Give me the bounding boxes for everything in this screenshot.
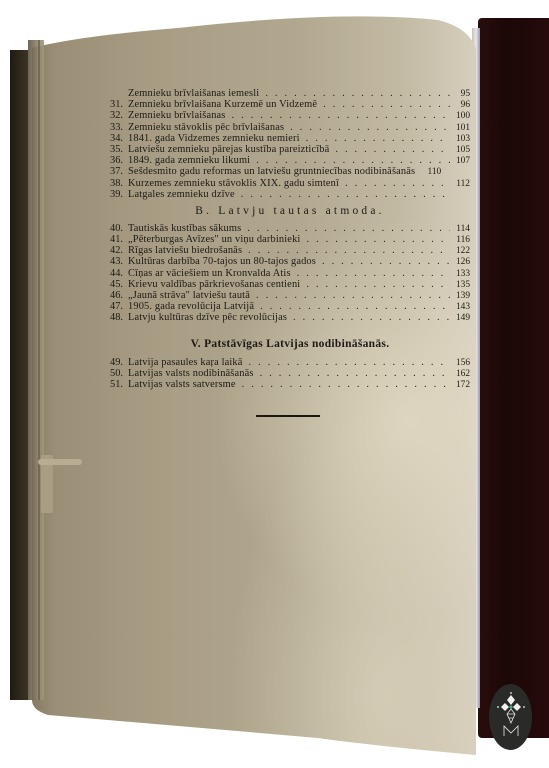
toc-leader-dots: ........................................… <box>247 223 450 234</box>
toc-entry-title: Krievu valdības pārkrievošanas centieni <box>128 279 300 290</box>
toc-entry: 39.Latgales zemnieku dzīve..............… <box>110 189 470 200</box>
toc-entry: 48.Latvju kultūras dzīve pēc revolūcijas… <box>110 312 470 323</box>
toc-entry: 41.„Pēterburgas Avīzes" un viņu darbinie… <box>110 234 470 245</box>
toc-entry: 38.Kurzemes zemnieku stāvoklis XIX. gadu… <box>110 178 470 189</box>
page-tear <box>38 455 83 515</box>
toc-entry-number: 44. <box>110 268 128 279</box>
toc-leader-dots: ........................................… <box>256 290 450 301</box>
toc-leader-dots: ........................................… <box>306 133 450 144</box>
toc-entry: 37.Sešdesmito gadu reformas un latviešu … <box>110 166 470 177</box>
toc-entry-title: Rīgas latviešu biedrošanās <box>128 245 242 256</box>
toc-leader-dots: ........................................… <box>323 99 450 110</box>
toc-entry-page: 172 <box>454 380 470 391</box>
toc-leader-dots: ........................................… <box>248 245 450 256</box>
toc-entry: 34.1841. gada Vidzemes zemnieku nemieri.… <box>110 133 470 144</box>
toc-entry-number: 43. <box>110 256 128 267</box>
toc-entry-number: 33. <box>110 122 128 133</box>
toc-entry-number: 45. <box>110 279 128 290</box>
toc-entry-title: Zemnieku brīvlaišana Kurzemē un Vidzemē <box>128 99 317 110</box>
toc-leader-dots: ........................................… <box>260 301 450 312</box>
toc-entry: 51.Latvijas valsts satversme............… <box>110 379 470 390</box>
table-of-contents: Zemnieku brīvlaišanas iemesli...........… <box>110 88 470 390</box>
toc-entry-number: 34. <box>110 133 128 144</box>
toc-entry-title: Kultūras darbība 70-tajos un 80-tajos ga… <box>128 256 316 267</box>
toc-entry: 36.1849. gada zemnieku likumi...........… <box>110 155 470 166</box>
toc-entry-number: 36. <box>110 155 128 166</box>
toc-leader-dots: ........................................… <box>290 122 450 133</box>
toc-entry-number: 31. <box>110 99 128 110</box>
toc-entry-title: Latgales zemnieku dzīve <box>128 189 235 200</box>
toc-entry: Zemnieku brīvlaišanas iemesli...........… <box>110 88 470 99</box>
photo-scene: Zemnieku brīvlaišanas iemesli...........… <box>0 0 549 768</box>
toc-entry-title: „Pēterburgas Avīzes" un viņu darbinieki <box>128 234 300 245</box>
ornament-m-logo-icon <box>493 689 529 745</box>
toc-entry-number: 42. <box>110 245 128 256</box>
toc-entry-number: 50. <box>110 368 128 379</box>
end-rule-divider <box>256 415 320 417</box>
toc-entry: 40.Tautiskās kustības sākums............… <box>110 223 470 234</box>
toc-entry-number: 41. <box>110 234 128 245</box>
toc-entry-title: 1841. gada Vidzemes zemnieku nemieri <box>128 133 300 144</box>
toc-entry-title: Sešdesmito gadu reformas un latviešu gru… <box>128 166 415 177</box>
toc-entry: 32.Zemnieku brīvlaišanas................… <box>110 110 470 121</box>
toc-leader-dots: ........................................… <box>293 312 450 323</box>
toc-entry-title: 1905. gada revolūcija Latvijā <box>128 301 254 312</box>
toc-entry-title: Tautiskās kustības sākums <box>128 223 241 234</box>
toc-entry-title: „Jaunā strāva" latviešu tautā <box>128 290 250 301</box>
toc-leader-dots: ........................................… <box>297 268 450 279</box>
toc-leader-dots: ........................................… <box>265 88 450 99</box>
toc-entry-title: Latvijas valsts nodibināšanās <box>128 368 254 379</box>
toc-leader-dots: ........................................… <box>242 379 450 390</box>
toc-leader-dots: ........................................… <box>306 234 450 245</box>
toc-entry: 42.Rīgas latviešu biedrošanās...........… <box>110 245 470 256</box>
toc-entry: 47.1905. gada revolūcija Latvijā........… <box>110 301 470 312</box>
toc-entry-number: 46. <box>110 290 128 301</box>
toc-entry-number: 48. <box>110 312 128 323</box>
toc-section-v: 49.Latvija pasaules kaŗa laikā..........… <box>110 357 470 391</box>
toc-entry: 43.Kultūras darbība 70-tajos un 80-tajos… <box>110 256 470 267</box>
toc-entry-page: 149 <box>454 313 470 324</box>
toc-entry: 31.Zemnieku brīvlaišana Kurzemē un Vidze… <box>110 99 470 110</box>
toc-entry-title: Latvju kultūras dzīve pēc revolūcijas <box>128 312 287 323</box>
toc-entry: 46.„Jaunā strāva" latviešu tautā........… <box>110 290 470 301</box>
toc-entry-title: Zemnieku stāvoklis pēc brīvlaišanas <box>128 122 284 133</box>
page-binding-shadow <box>28 40 44 700</box>
watermark-logo <box>489 684 532 750</box>
toc-leader-dots: ........................................… <box>345 178 450 189</box>
toc-leader-dots: ........................................… <box>256 155 450 166</box>
toc-entry-number: 47. <box>110 301 128 312</box>
toc-entry-number: 37. <box>110 166 128 177</box>
toc-entry-title: Latviešu zemnieku pārejas kustība pareiz… <box>128 144 329 155</box>
toc-leader-dots: ........................................… <box>322 256 450 267</box>
toc-entry-title: Zemnieku brīvlaišanas iemesli <box>128 88 259 99</box>
toc-section-b: 40.Tautiskās kustības sākums............… <box>110 223 470 324</box>
section-heading-b: B. Latvju tautas atmoda. <box>110 203 470 220</box>
toc-entry-title: 1849. gada zemnieku likumi <box>128 155 250 166</box>
toc-leader-dots: ........................................… <box>260 368 450 379</box>
book-back-cover <box>10 50 28 700</box>
toc-entry-title: Latvija pasaules kaŗa laikā <box>128 357 243 368</box>
toc-entry-number: 35. <box>110 144 128 155</box>
toc-leader-dots: ........................................… <box>241 189 450 200</box>
toc-entry: 45.Krievu valdības pārkrievošanas centie… <box>110 279 470 290</box>
toc-entry-title: Latvijas valsts satversme <box>128 379 236 390</box>
toc-part-a: Zemnieku brīvlaišanas iemesli...........… <box>110 88 470 200</box>
toc-entry-number: 38. <box>110 178 128 189</box>
section-heading-v: V. Patstāvīgas Latvijas nodibināšanās. <box>110 336 470 353</box>
toc-entry: 50.Latvijas valsts nodibināšanās........… <box>110 368 470 379</box>
toc-entry-title: Cīņas ar vāciešiem un Kronvalda Atis <box>128 268 291 279</box>
toc-leader-dots: ........................................… <box>335 144 450 155</box>
toc-entry-number: 49. <box>110 357 128 368</box>
toc-leader-dots: ........................................… <box>232 110 450 121</box>
toc-entry: 49.Latvija pasaules kaŗa laikā..........… <box>110 357 470 368</box>
toc-entry-title: Kurzemes zemnieku stāvoklis XIX. gadu si… <box>128 178 339 189</box>
toc-entry-number: 39. <box>110 189 128 200</box>
toc-entry-number: 32. <box>110 110 128 121</box>
toc-entry-number: 51. <box>110 379 128 390</box>
toc-entry-number: 40. <box>110 223 128 234</box>
toc-leader-dots: ........................................… <box>306 279 450 290</box>
toc-leader-dots: ........................................… <box>249 357 450 368</box>
toc-entry-title: Zemnieku brīvlaišanas <box>128 110 226 121</box>
toc-entry: 35.Latviešu zemnieku pārejas kustība par… <box>110 144 470 155</box>
toc-entry: 44.Cīņas ar vāciešiem un Kronvalda Atis.… <box>110 268 470 279</box>
book-front-cover <box>478 18 549 738</box>
toc-entry: 33.Zemnieku stāvoklis pēc brīvlaišanas..… <box>110 122 470 133</box>
page-gutter-line <box>38 40 40 700</box>
tear-horizontal <box>38 459 82 465</box>
